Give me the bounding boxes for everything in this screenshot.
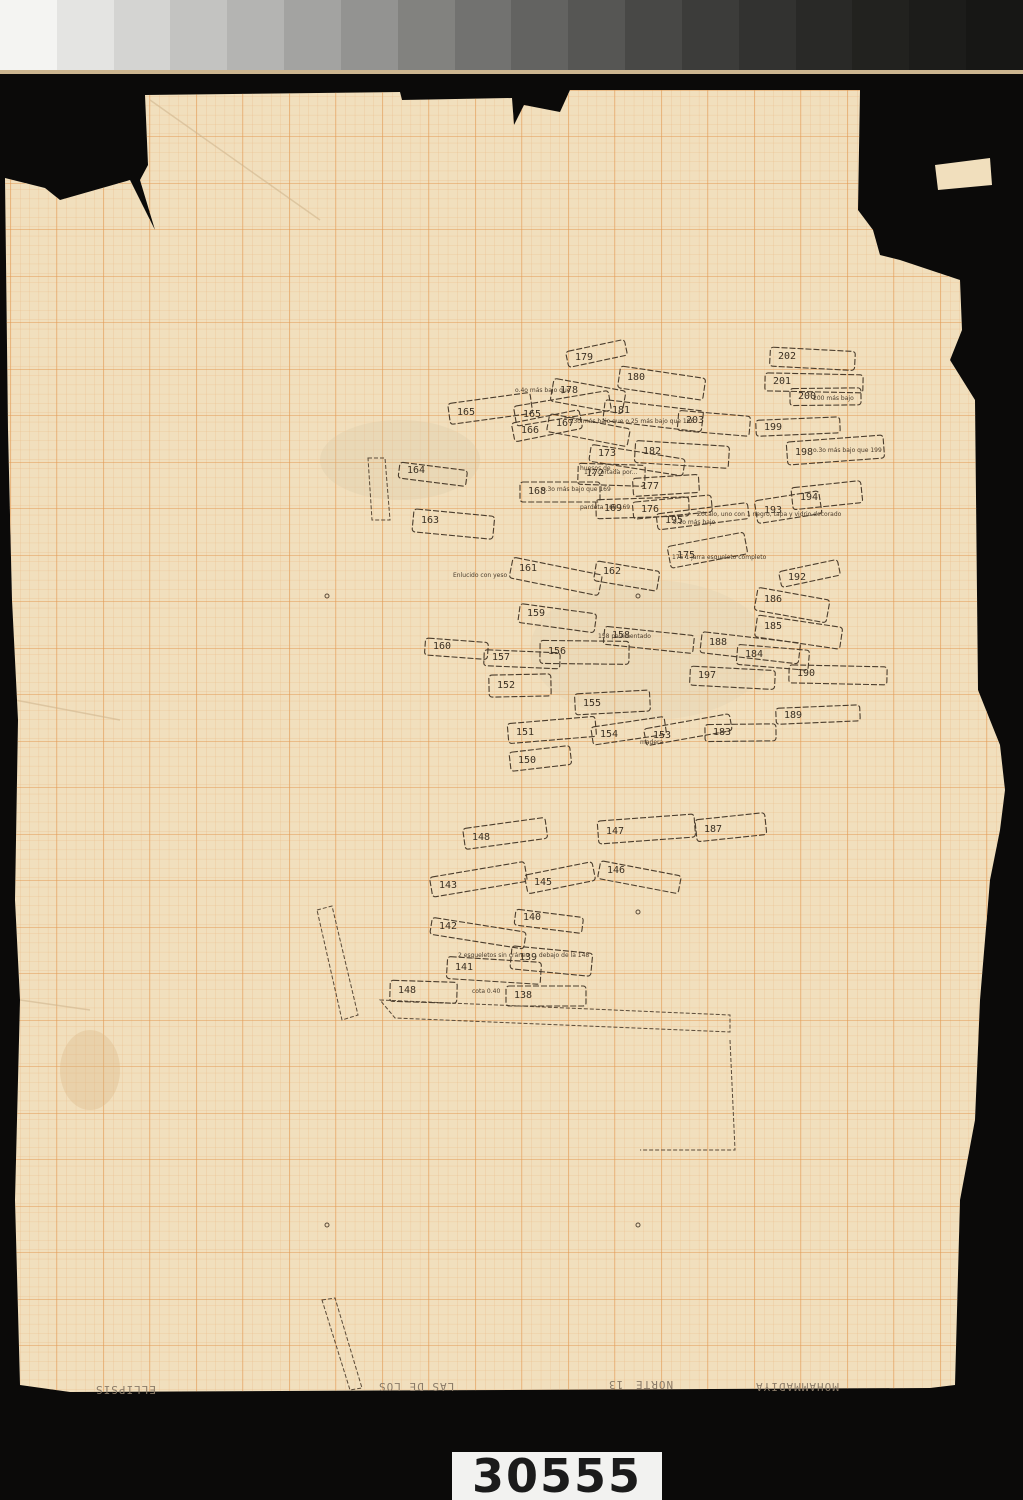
grave-number-label: 173 [598,449,616,459]
grave-number-label: 146 [607,866,625,876]
grave-number-label: 148 [472,833,490,843]
grave-number-label: 165 [523,410,541,420]
grave-number-label: 155 [583,699,601,709]
grave-number-label: 163 [421,516,439,526]
handwritten-annotation: 158 pavimentado [598,634,651,641]
grave-number-label: 159 [527,609,545,619]
grave-number-label: 180 [627,373,645,383]
grave-number-label: 199 [764,423,782,433]
grave-number-label: 189 [784,711,802,721]
grave-number-label: 145 [534,878,552,888]
bottom-edge-text: ELLIPSIS [95,1383,156,1396]
grave-number-label: 148 [398,986,416,996]
grave-number-label: 147 [606,827,624,837]
handwritten-annotation: 2 esqueletos sin cráneo ... debajo de la… [458,953,589,960]
grave-number-label: 156 [548,647,566,657]
handwritten-annotation: cota 0.40 [472,989,500,996]
grave-number-label: 150 [518,756,536,766]
bottom-edge-text: 13 [608,1378,623,1391]
handwritten-annotation: o.1o más bajo [673,520,715,527]
grave-number-label: 143 [439,881,457,891]
handwritten-annotation: Enlucido con yeso [453,573,507,580]
grave-number-label: 201 [773,377,791,387]
handwritten-annotation: o.3o más bajo que 199 [813,448,882,455]
bottom-edge-text: MOHAMMADIYA [755,1380,839,1393]
handwritten-annotation: huesos de ... [580,466,618,473]
grave-number-label: 142 [439,922,457,932]
grave-number-label: 181 [612,406,630,416]
grave-number-label: 182 [643,447,661,457]
grave-number-label: 185 [764,622,782,632]
grave-number-label: 164 [407,466,425,476]
handwritten-annotation: o.3o más bajo que 169 [542,487,611,494]
grave-number-label: 177 [641,482,659,492]
grave-number-label: 188 [709,638,727,648]
graph-paper-sheet: 1791781801812032022012001991981941651651… [0,0,1023,1500]
grave-number-label: 202 [778,352,796,362]
bottom-edge-text: NORTE [635,1378,673,1391]
grave-number-label: 192 [788,573,806,583]
handwritten-annotation: 175 1 jarra esqueleto completo [672,555,766,562]
handwritten-annotation: madera [640,740,663,747]
grave-number-label: 154 [600,730,618,740]
grave-number-label: 186 [764,595,782,605]
handwritten-annotation: o.3o más bajo que o.25 más bajo que 166 [568,419,694,426]
grave-number-label: 140 [523,913,541,923]
grave-number-label: 190 [797,669,815,679]
grave-number-label: 184 [745,650,763,660]
handwritten-annotation: pardeta 168 169 [580,505,630,512]
grave-number-label: 138 [514,991,532,1001]
grave-number-label: 198 [795,448,813,458]
handwritten-annotation: 200 más bajo [813,396,854,403]
grave-number-label: 160 [433,642,451,652]
accession-number: 30555 [472,1449,642,1500]
grave-number-label: 166 [521,426,539,436]
grave-number-label: 176 [641,505,659,515]
grave-number-label: 152 [497,681,515,691]
grave-number-label: 197 [698,671,716,681]
paper-and-grid [0,0,1023,1500]
grave-number-label: 141 [455,963,473,973]
grave-number-label: 183 [713,728,731,738]
grave-number-label: 165 [457,408,475,418]
bottom-edge-text: LAS DE LOS [378,1380,454,1393]
grave-number-label: 151 [516,728,534,738]
grave-number-label: 194 [800,493,818,503]
accession-number-tag: 30555 [452,1452,662,1500]
grave-number-label: 157 [492,653,510,663]
grave-number-label: 179 [575,353,593,363]
grave-number-label: 162 [603,567,621,577]
grave-number-label: 161 [519,564,537,574]
handwritten-annotation: o.4o más bajo que [515,388,570,395]
grave-number-label: 187 [704,825,722,835]
handwritten-annotation: Zócalo, uno con 1 negro, tapa y vidrio d… [697,512,841,519]
